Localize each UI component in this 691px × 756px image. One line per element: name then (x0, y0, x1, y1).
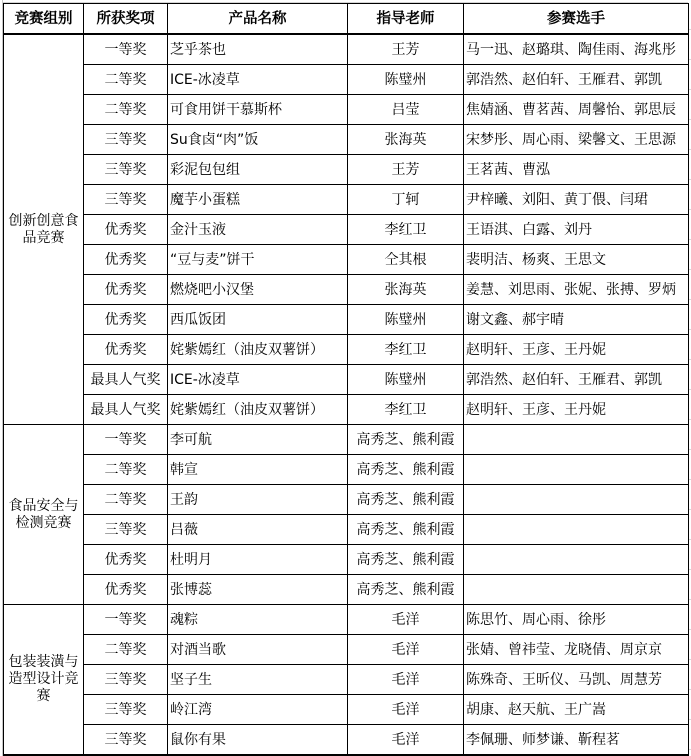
table-row: 三等奖彩泥包包组王芳王茗茜、曹泓 (4, 155, 689, 185)
product-cell[interactable]: ICE-冰凌草 (168, 365, 348, 395)
teacher-cell[interactable]: 高秀芝、熊利霞 (348, 575, 464, 605)
award-cell[interactable]: 三等奖 (84, 695, 168, 725)
award-cell[interactable]: 优秀奖 (84, 245, 168, 275)
product-cell[interactable]: 金汁玉液 (168, 215, 348, 245)
award-cell[interactable]: 优秀奖 (84, 545, 168, 575)
award-cell[interactable]: 一等奖 (84, 425, 168, 455)
teacher-cell[interactable]: 高秀芝、熊利霞 (348, 425, 464, 455)
header-group[interactable]: 竞赛组别 (4, 4, 84, 35)
students-cell[interactable]: 谢文鑫、郝宇晴 (464, 305, 689, 335)
table-row: 食品安全与检测竞赛一等奖李可航高秀芝、熊利霞 (4, 425, 689, 455)
header-students[interactable]: 参赛选手 (464, 4, 689, 35)
product-cell[interactable]: Su食卤“肉”饭 (168, 125, 348, 155)
students-cell[interactable]: 陈殊奇、王昕仪、马凯、周慧芳 (464, 665, 689, 695)
product-cell[interactable]: “豆与麦”饼干 (168, 245, 348, 275)
students-cell[interactable]: 宋梦彤、周心雨、梁馨文、王思源 (464, 125, 689, 155)
table-row: 最具人气奖姹紫嫣红（油皮双薯饼）李红卫赵明轩、王彦、王丹妮 (4, 395, 689, 425)
award-cell[interactable]: 二等奖 (84, 455, 168, 485)
teacher-cell[interactable]: 高秀芝、熊利霞 (348, 545, 464, 575)
award-cell[interactable]: 三等奖 (84, 185, 168, 215)
teacher-cell[interactable]: 毛洋 (348, 635, 464, 665)
students-cell[interactable]: 张婧、曾祎莹、龙晓倩、周京京 (464, 635, 689, 665)
teacher-cell[interactable]: 陈璧州 (348, 65, 464, 95)
table-row: 二等奖王韵高秀芝、熊利霞 (4, 485, 689, 515)
award-cell[interactable]: 优秀奖 (84, 335, 168, 365)
teacher-cell[interactable]: 王芳 (348, 34, 464, 65)
teacher-cell[interactable]: 毛洋 (348, 605, 464, 635)
product-cell[interactable]: 芝乎茶也 (168, 34, 348, 65)
table-row: 最具人气奖ICE-冰凌草陈璧州郭浩然、赵伯轩、王雁君、郭凯 (4, 365, 689, 395)
table-row: 三等奖Su食卤“肉”饭张海英宋梦彤、周心雨、梁馨文、王思源 (4, 125, 689, 155)
product-cell[interactable]: 魔芋小蛋糕 (168, 185, 348, 215)
product-cell[interactable]: 杜明月 (168, 545, 348, 575)
group-cell[interactable]: 创新创意食品竞赛 (4, 34, 84, 425)
award-cell[interactable]: 三等奖 (84, 665, 168, 695)
product-cell[interactable]: 岭江湾 (168, 695, 348, 725)
header-product[interactable]: 产品名称 (168, 4, 348, 35)
students-cell[interactable]: 姜慧、刘思雨、张妮、张搏、罗炳 (464, 275, 689, 305)
product-cell[interactable]: 李可航 (168, 425, 348, 455)
table-row: 二等奖韩宣高秀芝、熊利霞 (4, 455, 689, 485)
students-cell[interactable]: 王语淇、白露、刘丹 (464, 215, 689, 245)
teacher-cell[interactable]: 李红卫 (348, 395, 464, 425)
teacher-cell[interactable]: 毛洋 (348, 725, 464, 756)
students-cell[interactable] (464, 515, 689, 545)
table-row: 三等奖吕薇高秀芝、熊利霞 (4, 515, 689, 545)
students-cell[interactable]: 尹梓曦、刘阳、黄丁偎、闫珺 (464, 185, 689, 215)
product-cell[interactable]: 坚子生 (168, 665, 348, 695)
teacher-cell[interactable]: 李红卫 (348, 215, 464, 245)
award-cell[interactable]: 最具人气奖 (84, 395, 168, 425)
group-cell[interactable]: 包装装潢与造型设计竞赛 (4, 605, 84, 756)
product-cell[interactable]: ICE-冰凌草 (168, 65, 348, 95)
product-cell[interactable]: 吕薇 (168, 515, 348, 545)
award-cell[interactable]: 三等奖 (84, 125, 168, 155)
award-cell[interactable]: 三等奖 (84, 725, 168, 756)
award-cell[interactable]: 三等奖 (84, 515, 168, 545)
teacher-cell[interactable]: 毛洋 (348, 665, 464, 695)
students-cell[interactable]: 胡康、赵天航、王广嵩 (464, 695, 689, 725)
table-row: 三等奖魔芋小蛋糕丁轲尹梓曦、刘阳、黄丁偎、闫珺 (4, 185, 689, 215)
teacher-cell[interactable]: 王芳 (348, 155, 464, 185)
teacher-cell[interactable]: 陈璧州 (348, 365, 464, 395)
table-row: 优秀奖西瓜饭团陈璧州谢文鑫、郝宇晴 (4, 305, 689, 335)
product-cell[interactable]: 魂粽 (168, 605, 348, 635)
header-row: 竞赛组别 所获奖项 产品名称 指导老师 参赛选手 (4, 4, 689, 35)
product-cell[interactable]: 姹紫嫣红（油皮双薯饼） (168, 335, 348, 365)
award-cell[interactable]: 优秀奖 (84, 275, 168, 305)
header-award[interactable]: 所获奖项 (84, 4, 168, 35)
table-row: 优秀奖杜明月高秀芝、熊利霞 (4, 545, 689, 575)
award-cell[interactable]: 三等奖 (84, 155, 168, 185)
teacher-cell[interactable]: 张海英 (348, 125, 464, 155)
award-cell[interactable]: 二等奖 (84, 95, 168, 125)
teacher-cell[interactable]: 高秀芝、熊利霞 (348, 485, 464, 515)
product-cell[interactable]: 张博蕊 (168, 575, 348, 605)
table-row: 三等奖坚子生毛洋陈殊奇、王昕仪、马凯、周慧芳 (4, 665, 689, 695)
award-cell[interactable]: 优秀奖 (84, 305, 168, 335)
award-cell[interactable]: 优秀奖 (84, 215, 168, 245)
award-cell[interactable]: 最具人气奖 (84, 365, 168, 395)
students-cell[interactable]: 陈思竹、周心雨、徐彤 (464, 605, 689, 635)
students-cell[interactable] (464, 485, 689, 515)
students-cell[interactable]: 王茗茜、曹泓 (464, 155, 689, 185)
table-row: 三等奖鼠你有果毛洋李佩珊、师梦谦、靳程茗 (4, 725, 689, 756)
table-row: 三等奖岭江湾毛洋胡康、赵天航、王广嵩 (4, 695, 689, 725)
product-cell[interactable]: 韩宣 (168, 455, 348, 485)
table-row: 优秀奖张博蕊高秀芝、熊利霞 (4, 575, 689, 605)
product-cell[interactable]: 西瓜饭团 (168, 305, 348, 335)
teacher-cell[interactable]: 李红卫 (348, 335, 464, 365)
students-cell[interactable]: 赵明轩、王彦、王丹妮 (464, 395, 689, 425)
students-cell[interactable] (464, 545, 689, 575)
students-cell[interactable]: 马一迅、赵璐琪、陶佳雨、海兆彤 (464, 34, 689, 65)
students-cell[interactable]: 赵明轩、王彦、王丹妮 (464, 335, 689, 365)
teacher-cell[interactable]: 毛洋 (348, 695, 464, 725)
product-cell[interactable]: 王韵 (168, 485, 348, 515)
table-row: 优秀奖姹紫嫣红（油皮双薯饼）李红卫赵明轩、王彦、王丹妮 (4, 335, 689, 365)
table-row: 包装装潢与造型设计竞赛一等奖魂粽毛洋陈思竹、周心雨、徐彤 (4, 605, 689, 635)
teacher-cell[interactable]: 仝其根 (348, 245, 464, 275)
product-cell[interactable]: 姹紫嫣红（油皮双薯饼） (168, 395, 348, 425)
product-cell[interactable]: 彩泥包包组 (168, 155, 348, 185)
award-cell[interactable]: 二等奖 (84, 635, 168, 665)
students-cell[interactable]: 郭浩然、赵伯轩、王雁君、郭凯 (464, 365, 689, 395)
award-cell[interactable]: 二等奖 (84, 65, 168, 95)
header-teacher[interactable]: 指导老师 (348, 4, 464, 35)
teacher-cell[interactable]: 高秀芝、熊利霞 (348, 515, 464, 545)
table-row: 优秀奖燃烧吧小汉堡张海英姜慧、刘思雨、张妮、张搏、罗炳 (4, 275, 689, 305)
award-cell[interactable]: 一等奖 (84, 605, 168, 635)
product-cell[interactable]: 燃烧吧小汉堡 (168, 275, 348, 305)
teacher-cell[interactable]: 陈璧州 (348, 305, 464, 335)
students-cell[interactable]: 李佩珊、师梦谦、靳程茗 (464, 725, 689, 756)
students-cell[interactable] (464, 425, 689, 455)
students-cell[interactable]: 裴明洁、杨爽、王思文 (464, 245, 689, 275)
table-row: 二等奖可食用饼干慕斯杯吕莹焦婧涵、曹茗茜、周馨怡、郭思辰 (4, 95, 689, 125)
table-row: 优秀奖金汁玉液李红卫王语淇、白露、刘丹 (4, 215, 689, 245)
teacher-cell[interactable]: 吕莹 (348, 95, 464, 125)
group-cell[interactable]: 食品安全与检测竞赛 (4, 425, 84, 605)
awards-table: 竞赛组别 所获奖项 产品名称 指导老师 参赛选手 创新创意食品竞赛一等奖芝乎茶也… (3, 3, 689, 756)
teacher-cell[interactable]: 张海英 (348, 275, 464, 305)
award-cell[interactable]: 优秀奖 (84, 575, 168, 605)
students-cell[interactable]: 焦婧涵、曹茗茜、周馨怡、郭思辰 (464, 95, 689, 125)
table-row: 二等奖ICE-冰凌草陈璧州郭浩然、赵伯轩、王雁君、郭凯 (4, 65, 689, 95)
table-row: 优秀奖“豆与麦”饼干仝其根裴明洁、杨爽、王思文 (4, 245, 689, 275)
table-row: 创新创意食品竞赛一等奖芝乎茶也王芳马一迅、赵璐琪、陶佳雨、海兆彤 (4, 34, 689, 65)
product-cell[interactable]: 可食用饼干慕斯杯 (168, 95, 348, 125)
teacher-cell[interactable]: 丁轲 (348, 185, 464, 215)
students-cell[interactable] (464, 575, 689, 605)
award-cell[interactable]: 一等奖 (84, 34, 168, 65)
product-cell[interactable]: 对酒当歌 (168, 635, 348, 665)
students-cell[interactable]: 郭浩然、赵伯轩、王雁君、郭凯 (464, 65, 689, 95)
teacher-cell[interactable]: 高秀芝、熊利霞 (348, 455, 464, 485)
product-cell[interactable]: 鼠你有果 (168, 725, 348, 756)
table-row: 二等奖对酒当歌毛洋张婧、曾祎莹、龙晓倩、周京京 (4, 635, 689, 665)
students-cell[interactable] (464, 455, 689, 485)
award-cell[interactable]: 二等奖 (84, 485, 168, 515)
awards-table-body: 创新创意食品竞赛一等奖芝乎茶也王芳马一迅、赵璐琪、陶佳雨、海兆彤二等奖ICE-冰… (4, 34, 689, 755)
